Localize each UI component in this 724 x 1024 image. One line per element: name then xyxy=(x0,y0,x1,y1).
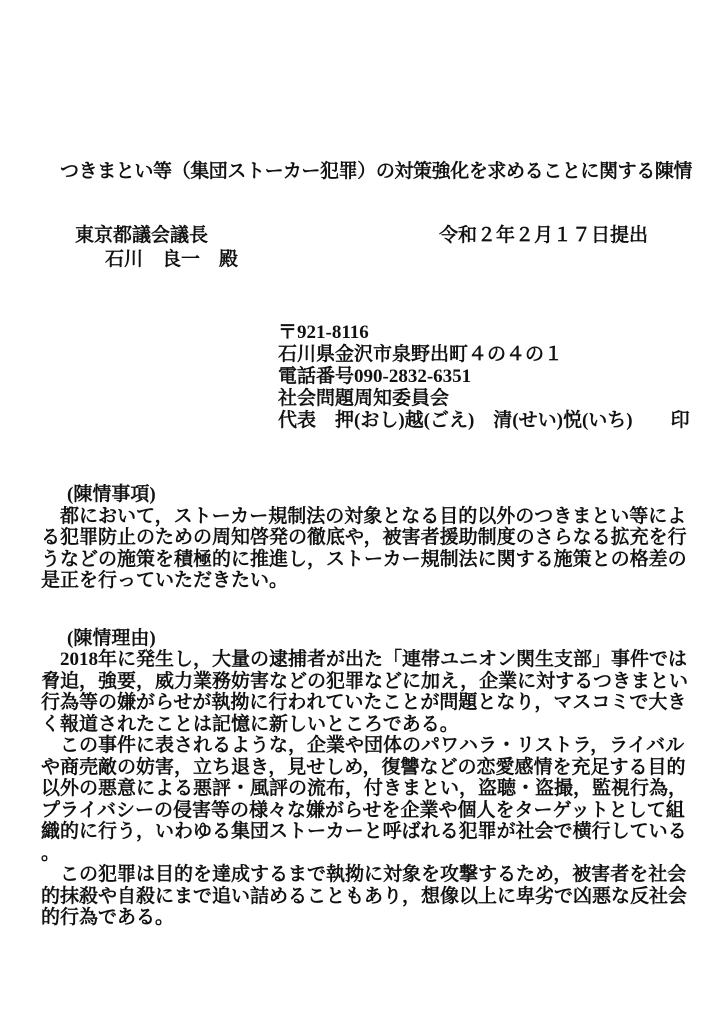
subject-heading: (陳情事項) xyxy=(41,484,687,506)
reason-paragraph-2: この事件に表されるような，企業や団体のパワハラ・リストラ，ライバルや商売敵の妨害… xyxy=(41,735,687,864)
text-line: 脅迫，強要，威力業務妨害などの犯罪などに加え，企業に対するつきまとい xyxy=(41,671,687,693)
addressee-name: 石川 良一 殿 xyxy=(105,248,687,272)
reason-heading: (陳情理由) xyxy=(41,628,687,650)
text-line: く報道されたことは記憶に新しいところである。 xyxy=(41,714,687,736)
petition-document-page: つきまとい等（集団ストーカー犯罪）の対策強化を求めることに関する陳情 東京都議会… xyxy=(0,0,724,1024)
text-line: や商売敵の妨害，立ち退き，見せしめ，復讐などの恋愛感情を充足する目的 xyxy=(41,757,687,779)
text-line: 2018年に発生し，大量の逮捕者が出た「連帯ユニオン関生支部」事件では xyxy=(41,649,687,671)
text-line: 都において，ストーカー規制法の対象となる目的以外のつきまとい等によ xyxy=(41,506,687,528)
text-line: 是正を行っていただきたい。 xyxy=(41,570,687,592)
text-line: 行為等の嫌がらせが執拗に行われていたことが問題となり，マスコミで大き xyxy=(41,692,687,714)
text-line: 以外の悪意による悪評・風評の流布，付きまとい，盗聴・盗撮，監視行為， xyxy=(41,778,687,800)
petition-subject-section: (陳情事項) 都において，ストーカー規制法の対象となる目的以外のつきまとい等によ… xyxy=(41,484,687,592)
text-line: うなどの施策を積極的に推進し，ストーカー規制法に関する施策との格差の xyxy=(41,549,687,571)
text-line: プライバシーの侵害等の様々な嫌がらせを企業や個人をターゲットとして組 xyxy=(41,800,687,822)
text-line: この犯罪は目的を達成するまで執拗に対象を攻撃するため，被害者を社会 xyxy=(41,864,687,886)
addressee-title: 東京都議会議長 xyxy=(75,224,208,248)
reason-paragraph-1: 2018年に発生し，大量の逮捕者が出た「連帯ユニオン関生支部」事件では脅迫，強要… xyxy=(41,649,687,735)
text-line: 。 xyxy=(41,843,687,865)
text-line: 織的に行う，いわゆる集団ストーカーと呼ばれる犯罪が社会で横行している xyxy=(41,821,687,843)
sender-address: 石川県金沢市泉野出町４の４の１ xyxy=(278,344,687,366)
submission-date: 令和２年２月１７日提出 xyxy=(439,224,648,248)
sender-postal-code: 〒921-8116 xyxy=(278,322,687,344)
sender-representative: 代表 押(おし)越(ごえ) 清(せい)悦(いち) 印 xyxy=(278,410,687,432)
sender-phone: 電話番号090-2832-6351 xyxy=(278,366,687,388)
subject-body: 都において，ストーカー規制法の対象となる目的以外のつきまとい等による犯罪防止のた… xyxy=(41,506,687,592)
addressee-row: 東京都議会議長 令和２年２月１７日提出 xyxy=(41,224,687,248)
text-line: この事件に表されるような，企業や団体のパワハラ・リストラ，ライバル xyxy=(41,735,687,757)
text-line: 的抹殺や自殺にまで追い詰めることもあり，想像以上に卑劣で凶悪な反社会 xyxy=(41,886,687,908)
text-line: 的行為である。 xyxy=(41,907,687,929)
sender-block: 〒921-8116 石川県金沢市泉野出町４の４の１ 電話番号090-2832-6… xyxy=(278,322,687,432)
petition-reason-section: (陳情理由) 2018年に発生し，大量の逮捕者が出た「連帯ユニオン関生支部」事件… xyxy=(41,628,687,929)
sender-organization: 社会問題周知委員会 xyxy=(278,388,687,410)
document-title: つきまとい等（集団ストーカー犯罪）の対策強化を求めることに関する陳情 xyxy=(60,160,687,184)
reason-paragraph-3: この犯罪は目的を達成するまで執拗に対象を攻撃するため，被害者を社会的抹殺や自殺に… xyxy=(41,864,687,929)
text-line: る犯罪防止のための周知啓発の徹底や，被害者援助制度のさらなる拡充を行 xyxy=(41,527,687,549)
